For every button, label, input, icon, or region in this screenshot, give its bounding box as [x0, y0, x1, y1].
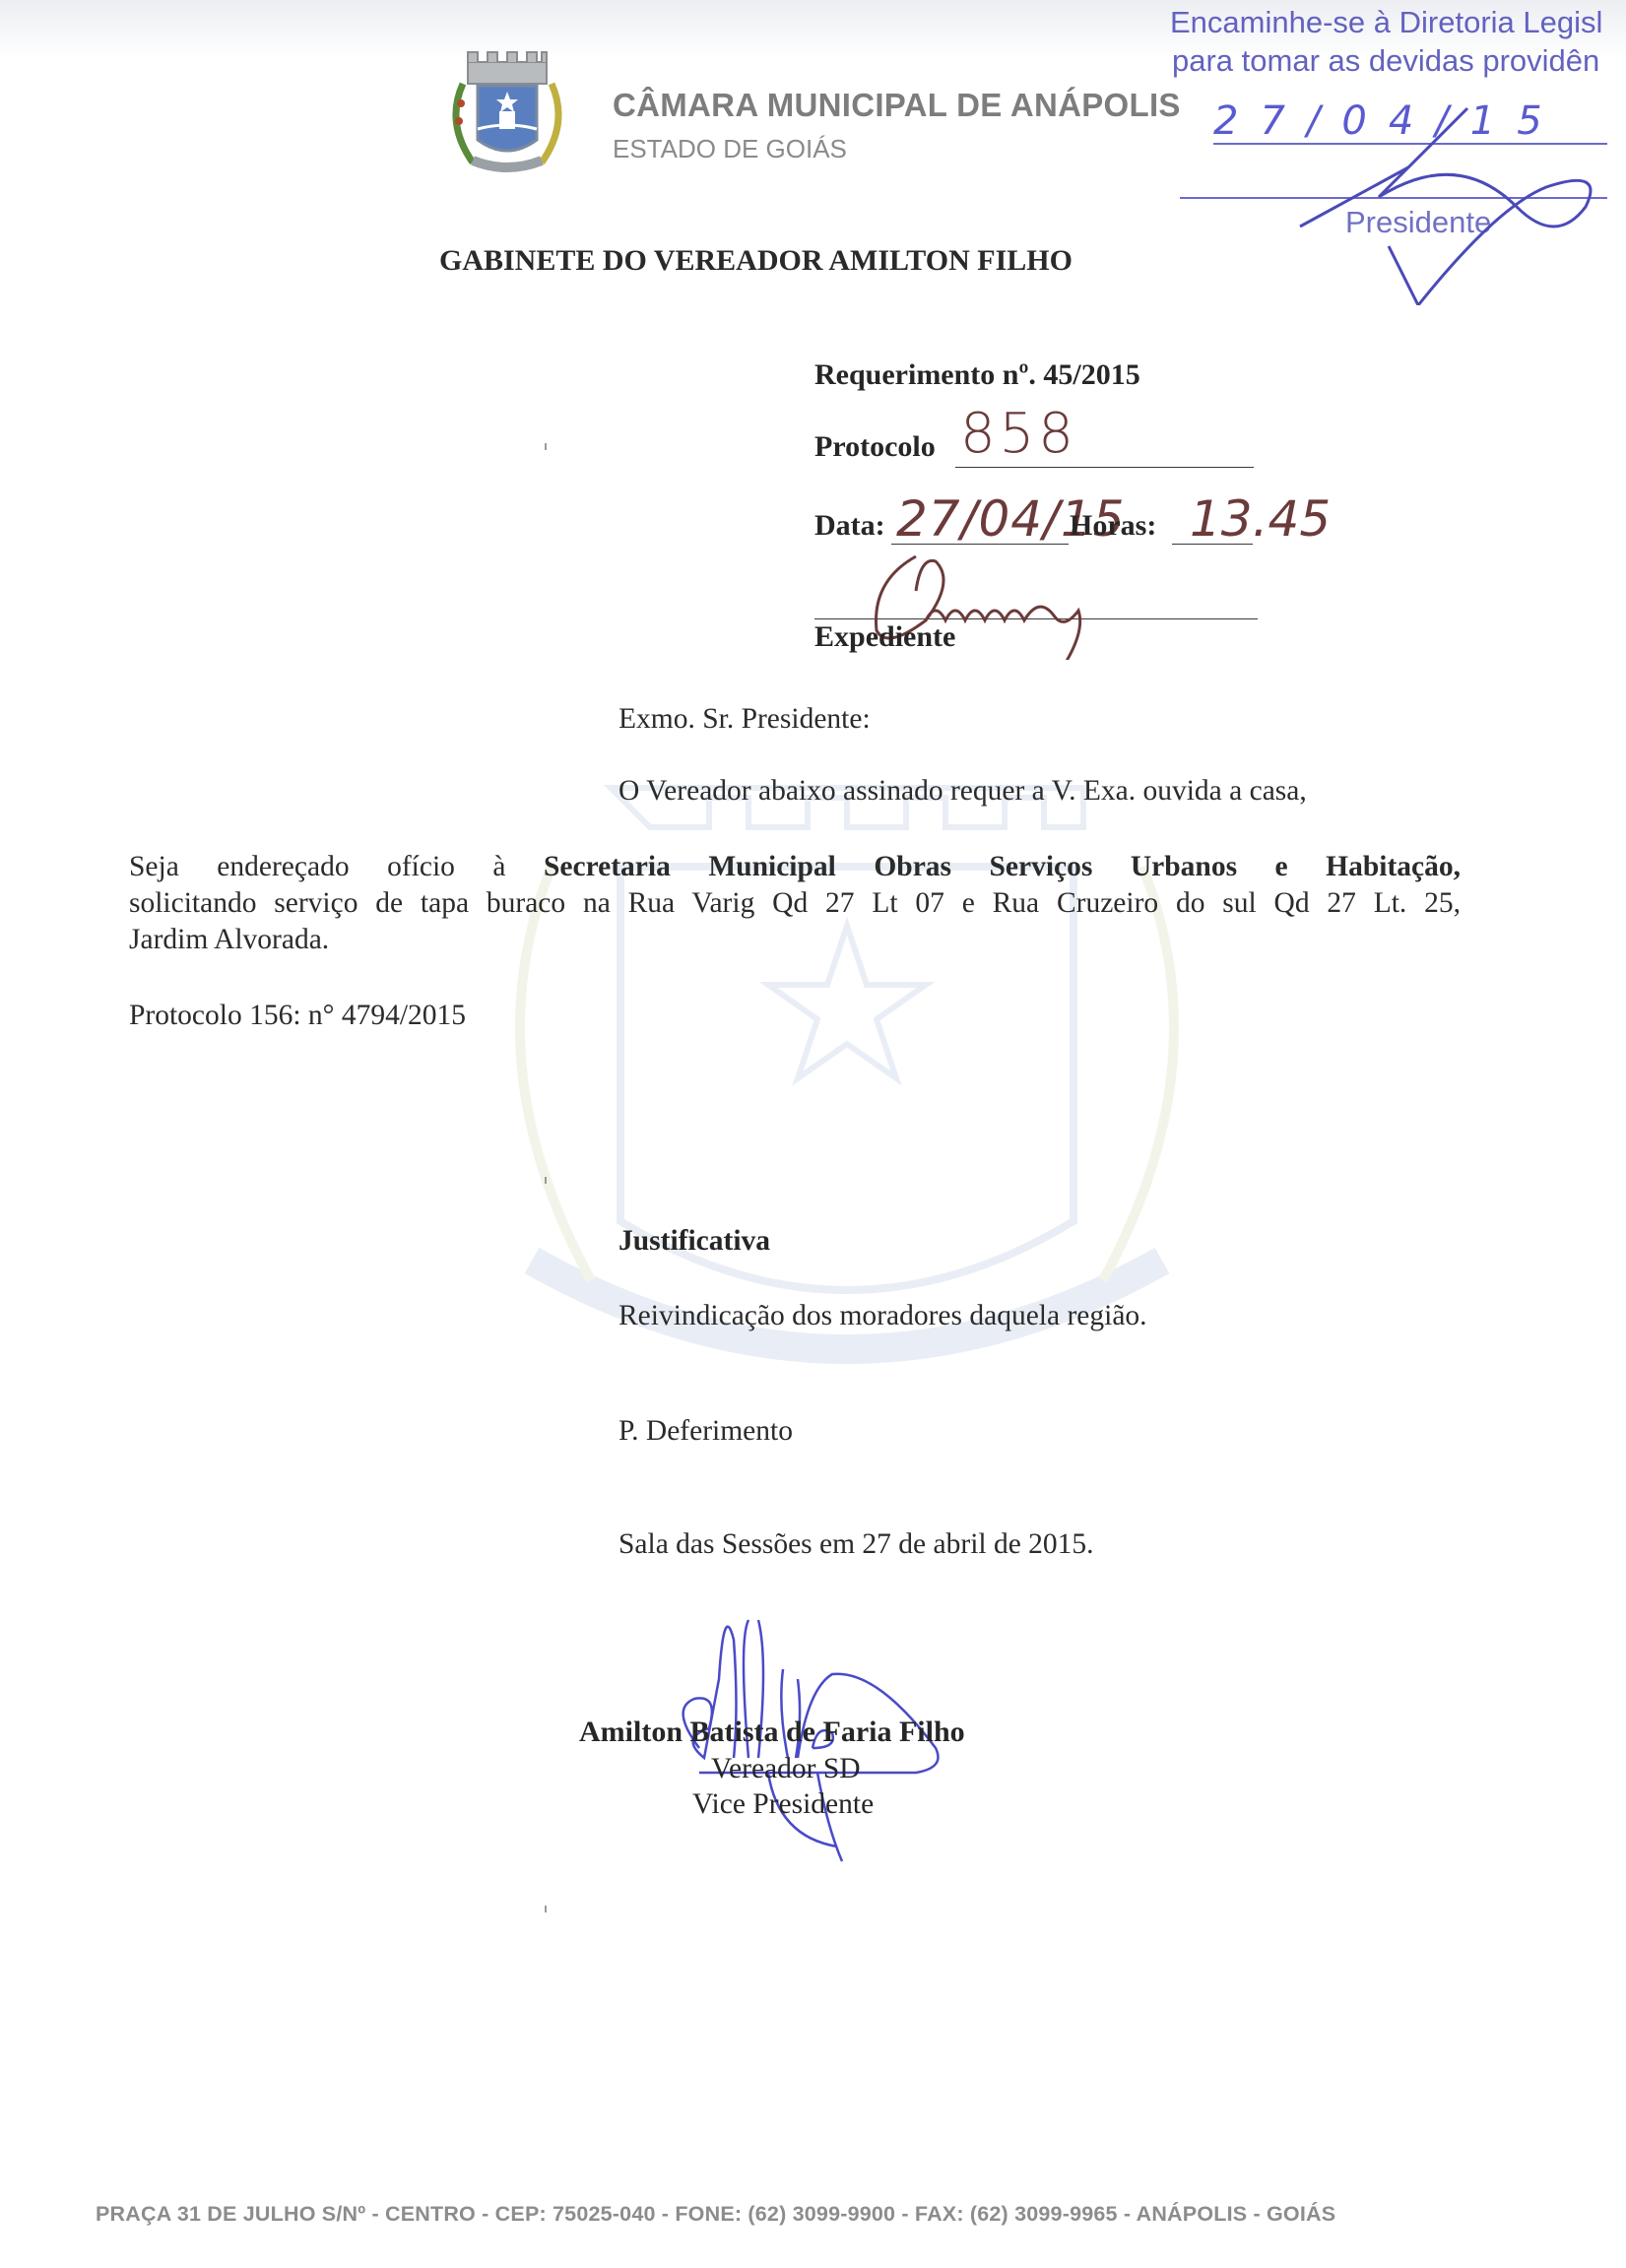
scan-speck — [545, 1177, 547, 1184]
justificativa-text: Reivindicação dos moradores daquela regi… — [618, 1300, 1147, 1332]
requerimento-number: Requerimento nº. 45/2015 — [814, 358, 1140, 392]
scan-speck — [545, 443, 547, 450]
closing-text: Sala das Sessões em 27 de abril de 2015. — [618, 1528, 1094, 1561]
request-paragraph: Seja endereçado ofício à Secretaria Muni… — [129, 849, 1461, 958]
justificativa-title: Justificativa — [618, 1225, 770, 1258]
deferimento-text: P. Deferimento — [618, 1415, 793, 1448]
signer-role: Vereador SD — [711, 1753, 861, 1785]
org-state: ESTADO DE GOIÁS — [613, 134, 847, 164]
protocolo-label: Protocolo — [814, 430, 936, 464]
stamp-line-1: Encaminhe-se à Diretoria Legisl — [1170, 5, 1602, 40]
president-signature-icon — [1261, 89, 1615, 305]
horas-value: 13.45 — [1190, 490, 1331, 548]
request-recipient: Secretaria Municipal Obras Serviços Urba… — [544, 851, 1461, 882]
request-prefix: Seja endereçado ofício à — [129, 851, 544, 882]
scan-speck — [545, 1906, 547, 1912]
protocolo-line — [955, 467, 1254, 468]
stamp-line-2: para tomar as devidas providên — [1172, 43, 1599, 79]
org-name: CÂMARA MUNICIPAL DE ANÁPOLIS — [613, 87, 1181, 124]
protocolo-value: 858 — [960, 402, 1077, 466]
signer-position: Vice Presidente — [692, 1788, 874, 1821]
data-label: Data: — [814, 509, 885, 543]
municipal-crest-icon — [433, 44, 581, 192]
office-title: GABINETE DO VEREADOR AMILTON FILHO — [439, 244, 1073, 278]
protocol-reference: Protocolo 156: n° 4794/2015 — [129, 1000, 466, 1032]
horas-label: Horas: — [1070, 509, 1156, 543]
request-line-2: solicitando serviço de tapa buraco na Ru… — [129, 885, 1461, 922]
expediente-label: Expediente — [814, 620, 955, 654]
request-line-1: Seja endereçado ofício à Secretaria Muni… — [129, 849, 1461, 885]
signer-name: Amilton Batista de Faria Filho — [579, 1716, 965, 1749]
footer-address: PRAÇA 31 DE JULHO S/Nº - CENTRO - CEP: 7… — [96, 2202, 1335, 2227]
request-line-3: Jardim Alvorada. — [129, 922, 1461, 958]
greeting: Exmo. Sr. Presidente: — [618, 703, 871, 736]
intro-text: O Vereador abaixo assinado requer a V. E… — [618, 775, 1307, 808]
